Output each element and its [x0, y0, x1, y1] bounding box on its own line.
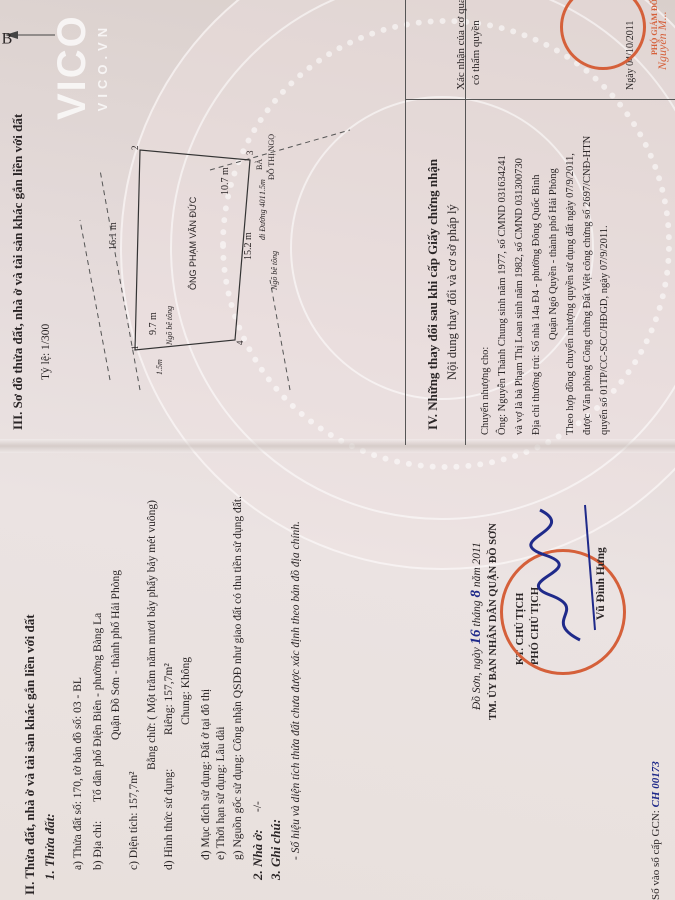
signer-name: Vũ Đình Hưng: [595, 547, 607, 620]
address-label: b) Địa chỉ:: [92, 821, 104, 870]
sign-date: Đồ Sơn, ngày 16 tháng 8 năm 2011: [468, 542, 485, 710]
neighbor-right-1: BÀ: [255, 159, 264, 170]
change-line-6: Theo hợp đồng chuyển nhượng quyền sử dụn…: [565, 153, 576, 435]
usage-shared: Chung: Không: [180, 657, 192, 725]
neighbor-right-2: ĐỖ THỊ NGỌ: [267, 134, 276, 180]
usage-private: Riêng: 157,7m²: [163, 663, 175, 735]
land-certificate-spread: II. Thửa đất, nhà ở và tài sản khác gắn …: [0, 0, 675, 900]
change-line-4: Địa chỉ thường trú: Số nhà 14a Đ4 - phườ…: [531, 175, 542, 435]
serial-prefix: Số vào sổ cấp GCN:: [650, 810, 662, 900]
column-content-header: Nội dung thay đổi và cơ sở pháp lý: [445, 204, 460, 380]
usage-form-label: d) Hình thức sử dụng:: [163, 769, 175, 870]
date-month: 8: [468, 590, 484, 598]
side-1-2: 16.1 m: [108, 222, 119, 250]
subsection-3-title: 3. Ghi chú:: [268, 819, 284, 880]
alley-bottom: Ngõ bê tông: [270, 251, 279, 290]
change-line-2: Ông: Nguyễn Thành Chung sinh năm 1977, s…: [497, 155, 508, 435]
serial-number: CH 00173: [650, 761, 662, 807]
side-3-4: 15.2 m: [243, 232, 254, 260]
offset-3: 1.5m: [258, 179, 267, 195]
change-line-1: Chuyển nhượng cho:: [480, 347, 491, 435]
confirm-signer: Nguyễn M...: [655, 11, 670, 70]
date-year: 2011: [471, 542, 483, 564]
registry-serial: Số vào sổ cấp GCN: CH 00173: [650, 761, 662, 900]
issuing-authority: TM. ỦY BAN NHÂN DÂN QUẬN ĐỒ SƠN: [488, 523, 499, 720]
north-label: B: [2, 31, 13, 49]
map-scale: Tỷ lệ: 1/300: [40, 324, 52, 380]
change-line-8: quyển số 01TP/CC-SCC/HĐGD, ngày 07/9/201…: [599, 225, 610, 435]
neighbor-top: ÔNG PHẠM VĂN ĐỨC: [188, 197, 198, 290]
change-line-5: Quận Ngô Quyền - thành phố Hải Phòng: [548, 168, 559, 340]
alley-left: Ngõ bê tông: [165, 306, 174, 345]
section-4-title: IV. Những thay đổi sau khi cấp Giấy chứn…: [425, 159, 441, 430]
subsection-2-title: 2. Nhà ở:: [250, 829, 266, 880]
column-confirm-header-1: Xác nhận của cơ quan: [455, 0, 467, 90]
point-3: 3: [245, 151, 255, 156]
change-line-3: và vợ là bà Phạm Thị Loan sinh năm 1982,…: [514, 158, 525, 435]
change-line-7: được Văn phòng Công chứng Đất Việt công …: [582, 136, 593, 435]
address-line-2: Quận Đồ Sơn - thành phố Hải Phòng: [110, 570, 122, 740]
date-day: 16: [468, 629, 484, 644]
date-place: Đồ Sơn, ngày: [471, 647, 483, 710]
offset-1: 1.5m: [155, 359, 164, 375]
point-1: 1: [130, 346, 140, 351]
address-line-1: Tổ dân phố Điện Biên - phường Bàng La: [92, 613, 104, 802]
section-2-title: II. Thửa đất, nhà ở và tài sản khác gắn …: [22, 614, 38, 895]
date-year-label: năm: [471, 567, 483, 587]
area: c) Diện tích: 157,7m²: [128, 771, 140, 870]
house-value: -/-: [252, 801, 264, 812]
point-2: 2: [130, 146, 140, 151]
area-in-words: Bằng chữ: ( Một trăm năm mươi bảy phẩy b…: [146, 500, 158, 770]
usage-term: e) Thời hạn sử dụng: Lâu dài: [215, 727, 227, 860]
note-text: - Số hiệu và diện tích thửa đất chưa đượ…: [290, 521, 302, 860]
subsection-1-title: 1. Thửa đất:: [42, 813, 58, 880]
side-4-1: 9.7 m: [148, 312, 159, 335]
section-3-title: III. Sơ đồ thửa đất, nhà ở và tài sản kh…: [10, 114, 26, 430]
point-4: 4: [235, 341, 245, 346]
usage-origin: g) Nguồn gốc sử dụng: Công nhận QSDĐ như…: [232, 496, 244, 860]
column-confirm-header-2: có thẩm quyền: [470, 20, 482, 85]
usage-purpose: đ) Mục đích sử dụng: Đất ở tại đô thị: [200, 689, 212, 860]
date-month-label: tháng: [471, 600, 483, 626]
parcel-number: a) Thửa đất số: 170, tờ bản đồ số: 03 - …: [72, 677, 84, 870]
side-2-3: 10.7 m: [220, 167, 231, 195]
road-direction: đi Đường 401: [258, 195, 267, 240]
